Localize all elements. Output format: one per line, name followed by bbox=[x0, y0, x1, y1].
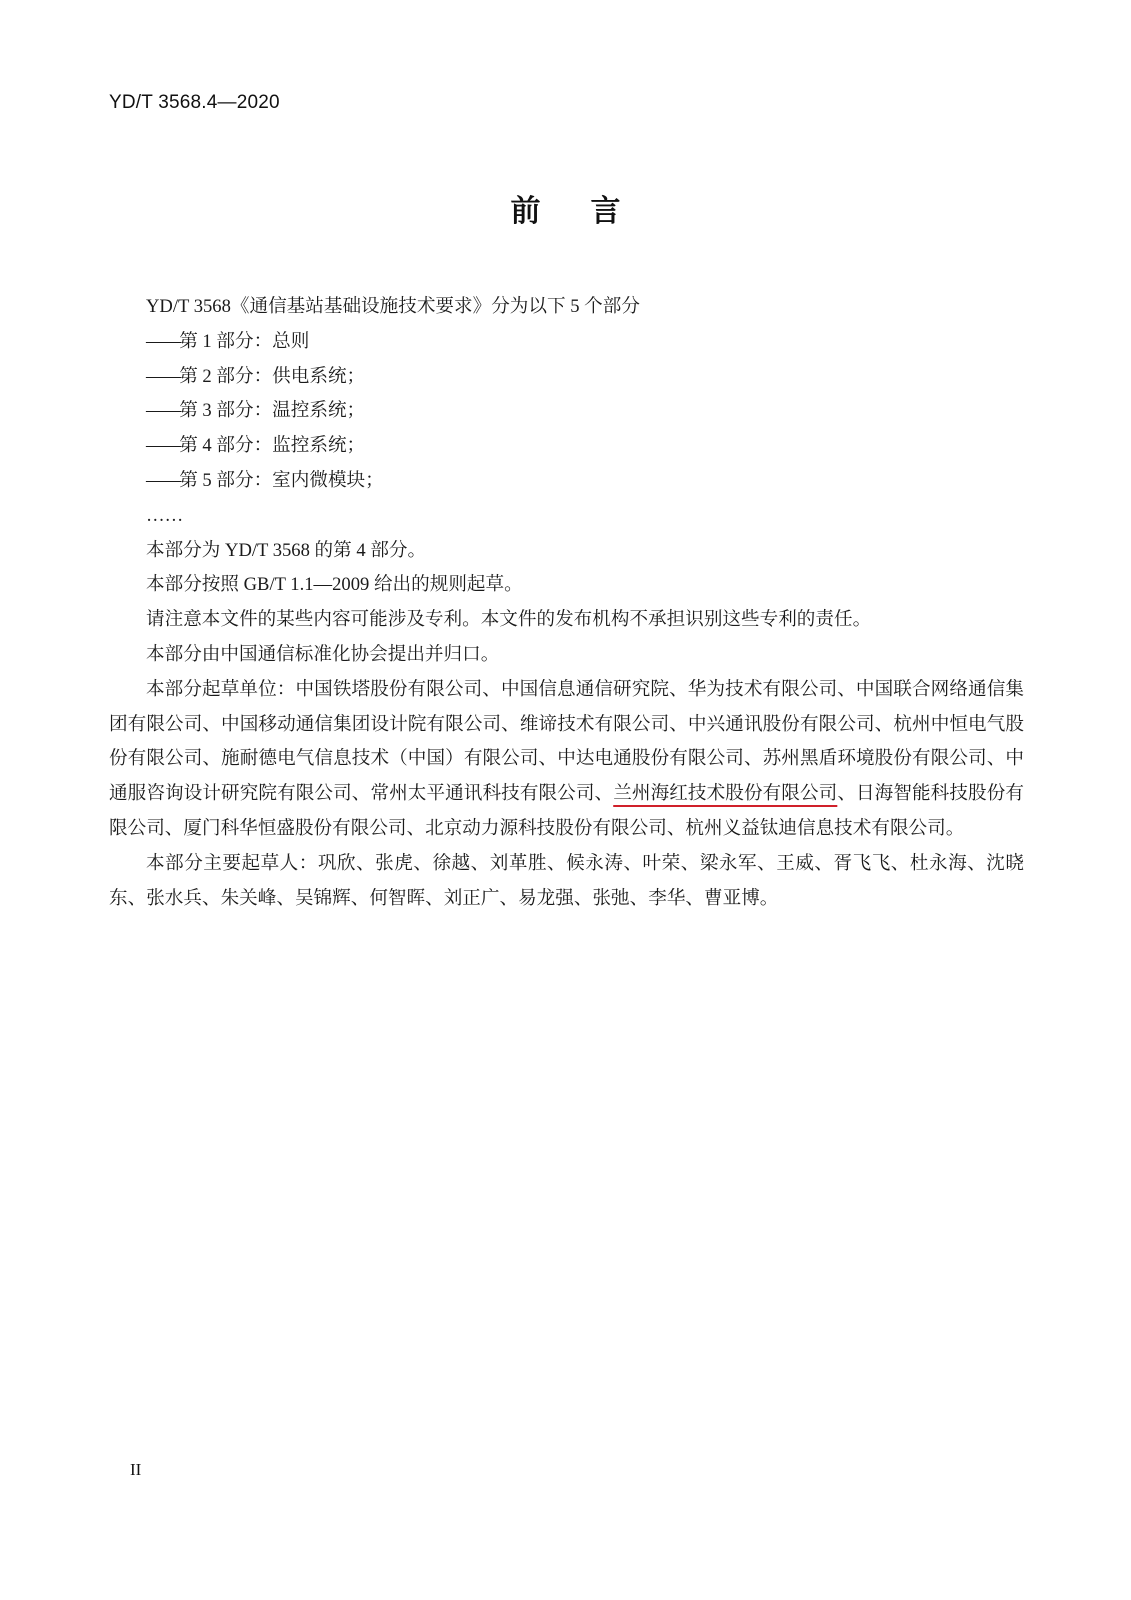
page-title: 前言 bbox=[0, 186, 1131, 230]
foreword-body: YD/T 3568《通信基站基础设施技术要求》分为以下 5 个部分 ——第 1 … bbox=[109, 290, 1024, 916]
ellipsis: …… bbox=[109, 499, 1024, 534]
statement-patent-notice: 请注意本文件的某些内容可能涉及专利。本文件的发布机构不承担识别这些专利的责任。 bbox=[109, 603, 1024, 638]
statement-proposer: 本部分由中国通信标准化协会提出并归口。 bbox=[109, 638, 1024, 673]
part-label: 第 1 部分：总则 bbox=[179, 331, 309, 352]
highlighted-company: 兰州海红技术股份有限公司 bbox=[613, 783, 837, 804]
drafters-paragraph: 本部分主要起草人：巩欣、张虎、徐越、刘革胜、候永涛、叶荣、梁永军、王威、胥飞飞、… bbox=[109, 847, 1024, 917]
intro-paragraph: YD/T 3568《通信基站基础设施技术要求》分为以下 5 个部分 bbox=[109, 290, 1024, 325]
statement-drafting-rules: 本部分按照 GB/T 1.1—2009 给出的规则起草。 bbox=[109, 568, 1024, 603]
part-label: 第 4 部分：监控系统； bbox=[179, 435, 365, 456]
dash: —— bbox=[146, 366, 179, 387]
statement-part-number: 本部分为 YD/T 3568 的第 4 部分。 bbox=[109, 534, 1024, 569]
part-list-item-3: ——第 3 部分：温控系统； bbox=[109, 394, 1024, 429]
part-list-item-2: ——第 2 部分：供电系统； bbox=[109, 360, 1024, 395]
page-number: II bbox=[130, 1460, 141, 1480]
part-list-item-4: ——第 4 部分：监控系统； bbox=[109, 429, 1024, 464]
dash: —— bbox=[146, 470, 179, 491]
dash: —— bbox=[146, 435, 179, 456]
drafting-units-paragraph: 本部分起草单位：中国铁塔股份有限公司、中国信息通信研究院、华为技术有限公司、中国… bbox=[109, 673, 1024, 847]
title-char-1: 前 bbox=[511, 186, 541, 230]
part-list-item-5: ——第 5 部分：室内微模块； bbox=[109, 464, 1024, 499]
part-list-item-1: ——第 1 部分：总则 bbox=[109, 325, 1024, 360]
dash: —— bbox=[146, 400, 179, 421]
dash: —— bbox=[146, 331, 179, 352]
part-label: 第 3 部分：温控系统； bbox=[179, 400, 365, 421]
standard-number-header: YD/T 3568.4—2020 bbox=[109, 92, 280, 114]
part-label: 第 5 部分：室内微模块； bbox=[179, 470, 384, 491]
part-label: 第 2 部分：供电系统； bbox=[179, 366, 365, 387]
title-char-2: 言 bbox=[591, 186, 621, 230]
